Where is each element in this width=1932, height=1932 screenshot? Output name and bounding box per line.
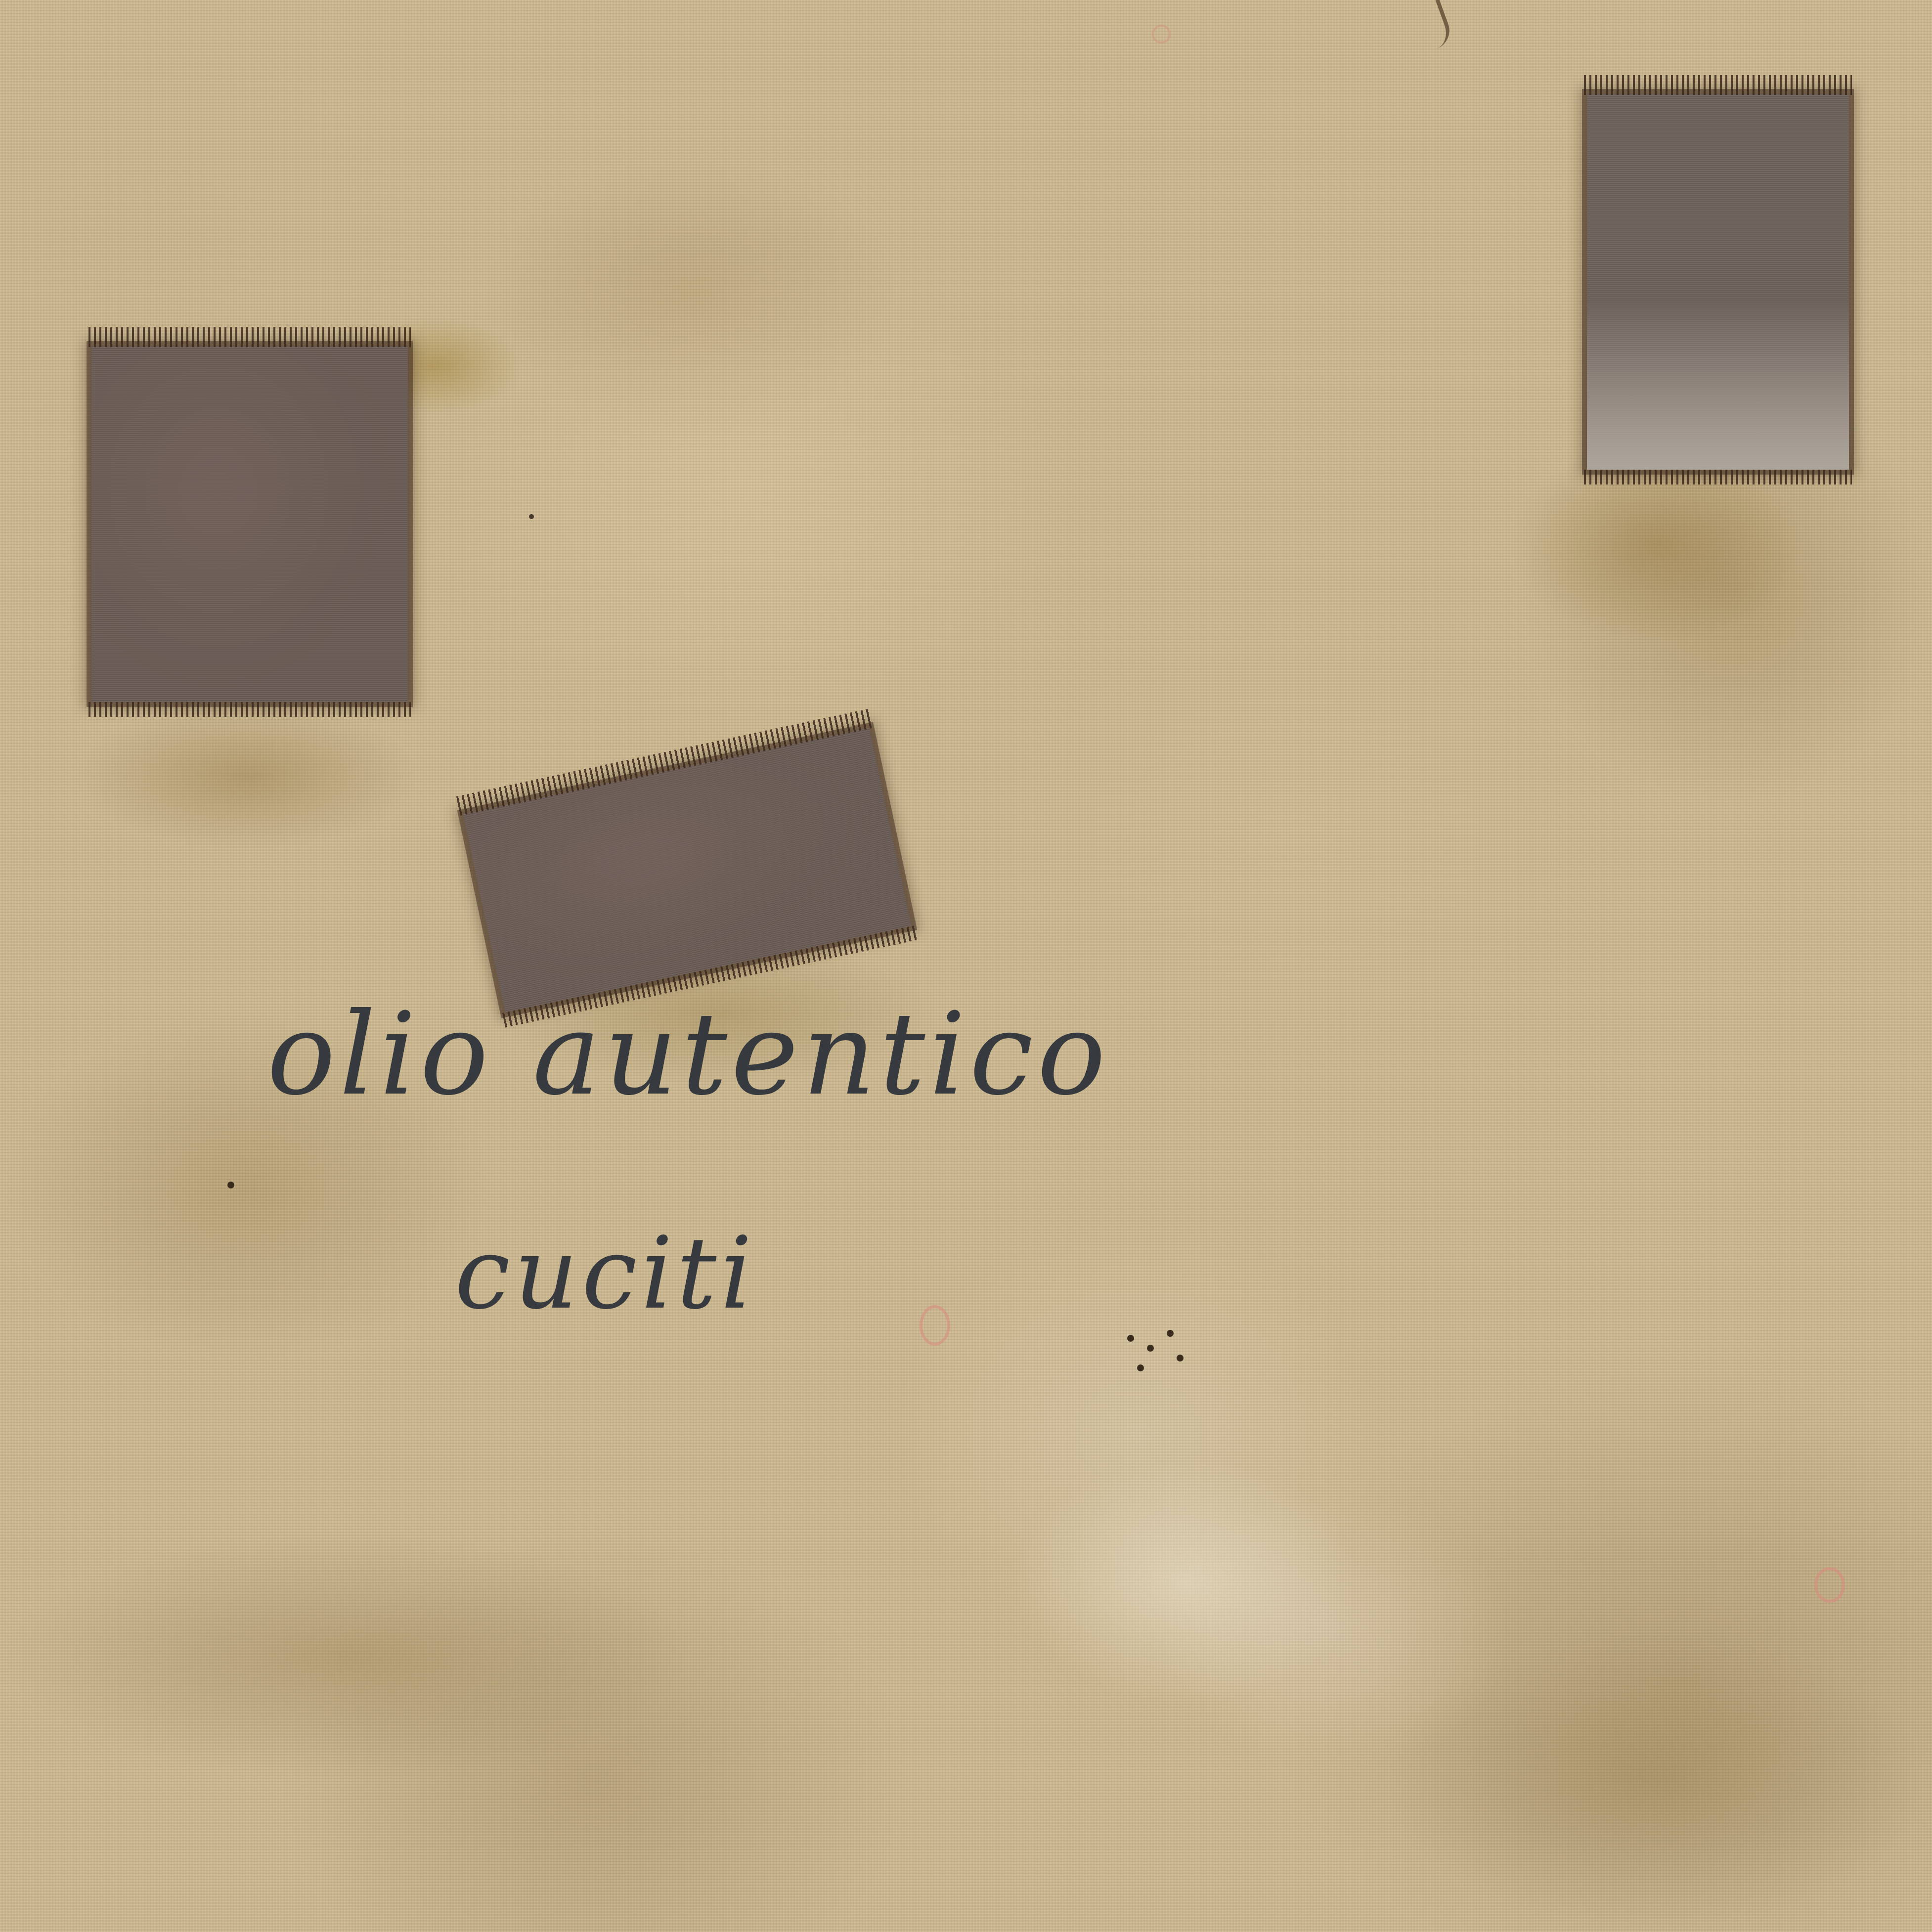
frayed-edge xyxy=(1584,75,1852,95)
frayed-edge xyxy=(88,702,411,717)
speck-cluster xyxy=(1127,1335,1134,1342)
canvas-surface: olio autentico cuciti xyxy=(0,0,1932,1932)
frayed-edge xyxy=(456,709,873,816)
fabric-patch-right xyxy=(1587,94,1849,470)
pink-mark xyxy=(920,1305,950,1346)
fabric-patch-center xyxy=(463,728,912,1012)
pale-bloom xyxy=(1013,1458,1360,1706)
stain xyxy=(1384,1631,1928,1928)
pink-mark xyxy=(1814,1567,1845,1603)
stain xyxy=(0,1533,692,1780)
stain xyxy=(74,702,420,850)
speck xyxy=(529,514,534,519)
fabric-patch-left xyxy=(91,346,408,702)
inscription-line-2: cuciti xyxy=(455,1216,756,1331)
speck xyxy=(227,1182,234,1188)
frayed-edge xyxy=(88,327,411,347)
pink-mark xyxy=(1152,25,1171,44)
hair-mark xyxy=(1406,0,1455,54)
frayed-edge xyxy=(1584,470,1852,484)
inscription-line-1: olio autentico xyxy=(267,989,1109,1121)
